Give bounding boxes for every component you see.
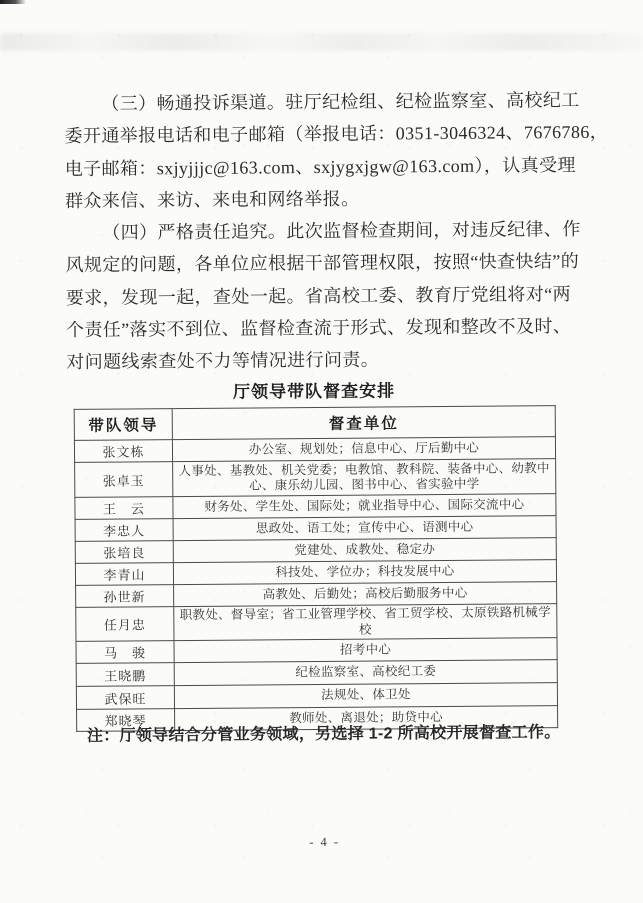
units-cell: 财务处、学生处、国际处；就业指导中心、国际交流中心 — [173, 494, 556, 519]
page-content: （三）畅通投诉渠道。驻厅纪检组、纪检监察室、高校纪工 委开通举报电话和电子邮箱（… — [0, 0, 643, 903]
leader-cell: 任月忠 — [76, 607, 174, 642]
paragraph-line: 风规定的问题，各单位应根据干部管理权限，按照“快查快结”的 — [65, 245, 580, 281]
units-cell: 科技处、学位办；科技发展中心 — [173, 560, 556, 585]
units-cell: 纪检监察室、高校纪工委 — [174, 660, 557, 686]
units-cell: 法规处、体卫处 — [174, 683, 557, 709]
table-row: 任月忠 职教处、督导室；省工业管理学校、省工贸学校、太原铁路机械学校 — [76, 604, 557, 642]
table-header-row: 带队领导 督查单位 — [74, 406, 555, 441]
leader-cell: 张文栋 — [74, 440, 172, 463]
units-cell: 思政处、语工处；宣传中心、语测中心 — [173, 516, 556, 541]
units-cell: 职教处、督导室；省工业管理学校、省工贸学校、太原铁路机械学校 — [174, 604, 557, 641]
document-page: （三）畅通投诉渠道。驻厅纪检组、纪检监察室、高校纪工 委开通举报电话和电子邮箱（… — [0, 0, 643, 903]
table-title: 厅领导带队督查安排 — [71, 375, 556, 404]
leader-cell: 李青山 — [75, 563, 173, 586]
page-number: - 4 - — [3, 832, 643, 852]
units-cell: 办公室、规划处；信息中心、厅后勤中心 — [172, 437, 555, 462]
table-row: 张卓玉 人事处、基教处、机关党委；电教馆、教科院、装备中心、幼教中心、康乐幼儿园… — [75, 459, 556, 498]
paragraph-line: 委开通举报电话和电子邮箱（举报电话：0351-3046324、7676786， — [64, 116, 579, 152]
leader-cell: 王 云 — [75, 497, 173, 520]
units-cell: 人事处、基教处、机关党委；电教馆、教科院、装备中心、幼教中心、康乐幼儿园、图书中… — [173, 459, 556, 497]
units-cell: 党建处、成教处、稳定办 — [173, 538, 556, 563]
leader-cell: 孙世新 — [76, 585, 174, 608]
column-header-leader: 带队领导 — [74, 409, 172, 441]
paragraph-line: 个责任”落实不到位、监督检查流于形式、发现和整改不及时、 — [66, 310, 581, 346]
leader-cell: 王晓鹏 — [76, 663, 174, 687]
paragraph-line: （四）严格责任追究。此次监督检查期间，对违反纪律、作 — [65, 213, 580, 249]
leader-cell: 李忠人 — [75, 519, 173, 542]
paragraph-line: 电子邮箱：sxjyjjjc@163.com、sxjygxjgw@163.com）… — [65, 148, 580, 184]
paragraph-line: （三）畅通投诉渠道。驻厅纪检组、纪检监察室、高校纪工 — [64, 84, 579, 120]
column-header-units: 督查单位 — [172, 406, 555, 440]
leader-cell: 武保旺 — [76, 686, 174, 710]
paragraph-line: 群众来信、来访、来电和网络举报。 — [65, 181, 580, 217]
units-cell: 招考中心 — [174, 638, 557, 663]
leader-cell: 张培良 — [75, 541, 173, 564]
leader-cell: 张卓玉 — [75, 462, 173, 498]
paragraph-line: 对问题线索查处不力等情况进行问责。 — [66, 342, 581, 378]
supervision-table: 带队领导 督查单位 张文栋 办公室、规划处；信息中心、厅后勤中心 张卓玉 人事处… — [74, 405, 559, 732]
units-cell: 高教处、后勤处；高校后勤服务中心 — [174, 582, 557, 607]
table-note: 注：厅领导结合分管业务领域，另选择 1-2 所高校开展督查工作。 — [2, 718, 643, 746]
leader-cell: 马 骏 — [76, 641, 174, 664]
paragraph-line: 要求，发现一起，查处一起。省高校工委、教育厅党组将对“两 — [66, 277, 581, 313]
body-text: （三）畅通投诉渠道。驻厅纪检组、纪检监察室、高校纪工 委开通举报电话和电子邮箱（… — [64, 84, 581, 378]
